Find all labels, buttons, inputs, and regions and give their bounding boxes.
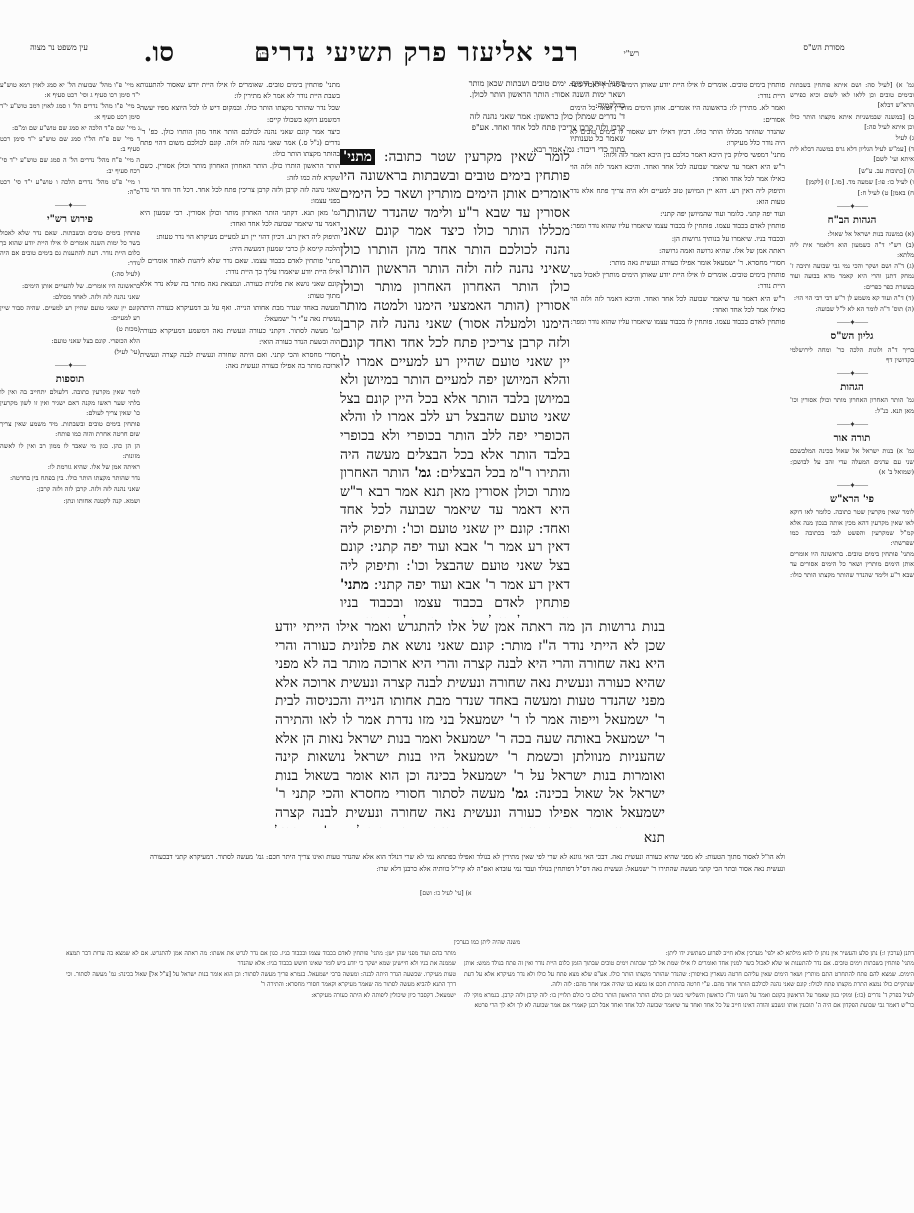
rosh-title: פי' הרא"ש	[790, 495, 914, 505]
mesoret-entry: גמ' א) [לעיל סה: ושם איתא פותחין בשבתות …	[790, 80, 914, 111]
ran-paragraph: ועוד יפה קתני. כלומר ועוד שהמיושן יפה קת…	[570, 209, 785, 220]
rosh-entry: לומר שאין מקרעין שטר כתובה. כלומר לאו דו…	[790, 507, 914, 548]
mesoret-entry: ג) לעיל	[790, 133, 914, 143]
rashi-entry: שאני נהנה לזה ולזה. לאחד מכולם:	[0, 292, 140, 302]
footer-paragraph: מותר בהם ועוד מפני שהן ישן: מתני' פותחין…	[66, 949, 456, 970]
footer-paragraph: לעיל בפרק ד' נדרים (כו:) ומוקי בגון שאמר…	[464, 991, 914, 1012]
ornament-divider-icon: ⸺✦⸺	[790, 420, 914, 430]
commentary-paragraph: הותר הראשון הותרו כולן. הותר האחרון האחר…	[140, 161, 340, 183]
rashi-entry: (עי' לעיל)	[0, 347, 140, 357]
ornament-divider-icon: ⸺✦⸺	[790, 481, 914, 491]
hagahot-habach-entry: (ב) רש"י ד"ה כשמעון הוא דלאמר אית ליה מל…	[790, 240, 914, 260]
tosafot-entry: פותחין בימים טובים ובשבתות. מיד משמע שאי…	[0, 419, 140, 439]
ein-mishpat-entry: ב מיי' פ"ו מהל' נדרים הל' ו סמג לאוין רמ…	[0, 101, 140, 121]
commentary-paragraph: שכל נדר שהותר מקצתו הותר כולו. ובמקום די…	[140, 103, 340, 125]
commentary-paragraph: הלכה קיימא לן כרבי שמעון דמעשה היה:	[140, 244, 340, 255]
tosafot-title: תוספות	[0, 375, 140, 385]
ornament-divider-icon: ⸺✦⸺	[790, 202, 914, 212]
mesoret-entry: ד) [עמ"ש לעיל הגליון דלא גרס במשנה דבלא …	[790, 144, 914, 164]
ornament-divider-icon: ⸺✦⸺	[0, 361, 140, 371]
ein-mishpat-label: עין משפט נר מצוה	[24, 44, 94, 52]
mesoret-entry: ו) לעיל כו: פו:] שמעה מד. [מו.] ז) [לקמן…	[790, 177, 914, 187]
mishna-text: פותחין בימים טובים ובשבתות בראשונה היו א…	[340, 168, 570, 482]
ran-paragraph: ותיפוק ליה דאין רע. דהא יין המיושן טוב ל…	[570, 186, 785, 208]
commentary-paragraph: ומעשה באחד שנדר מבת אחותו הנייה. ואף על …	[140, 303, 340, 325]
footer-columns: דתנן (ערכין ו:) נתן סלע והעשיר אין נותן …	[60, 949, 914, 1012]
mishna-marker: מתני'	[340, 149, 375, 165]
footer-column-right: דתנן (ערכין ו:) נתן סלע והעשיר אין נותן …	[464, 949, 914, 1012]
tosafot-entry: ראיתה אמן של אלו. שהיא גורמת לו:	[0, 462, 140, 472]
hagahot-title: הגהות	[790, 383, 914, 393]
gemara-top-text: מתני' אותן הימים. ימים טובים ושבתות שכאן…	[465, 78, 625, 155]
mishna-marker-2: מתני'	[340, 577, 369, 593]
rashi-entry: (לעיל סה:)	[0, 269, 140, 279]
rashi-title: פירוש רש"י	[0, 215, 140, 225]
hagahot-habach-entry: (ד) ד"ה ועוד קא משמע לן ר"ש רבי רבי הוי …	[790, 293, 914, 303]
rashi-entry: בראשונה היו אומרים. של להעויים אותן הימי…	[0, 281, 140, 291]
mesoret-hashas-label: מסורת הש"ס	[794, 44, 854, 52]
page-header: מסורת הש"ס רש"י רבי אליעזר פרק תשיעי נדר…	[0, 40, 914, 76]
rosh-entry: מתני' פותחין בימים טובים. בראשונה היו או…	[790, 549, 914, 580]
mishna-text-2: פותחין לאדם בכבוד עצמו ובכבוד בניו אומרי…	[340, 595, 570, 618]
ran-paragraph: ר"ש היא דאמר עד שיאמר שבועה לכל אחד ואחד…	[570, 162, 785, 184]
ein-mishpat-entry: ד מיי' שם פ"ח הל"ו סמג שם טוש"ע י"ד סימן…	[0, 134, 140, 154]
gemara-opening: לומר שאין מקרעין שטר כתובה:	[384, 149, 570, 165]
mesoret-hashas-section: גמ' א) [לעיל סה: ושם איתא פותחין בשבתות …	[790, 80, 914, 198]
ran-paragraph: ובכבוד בניו. שיאמרו על בנותיך גרושות הן:	[570, 234, 785, 245]
commentary-paragraph: חסורי מחסרא והכי קתני. ואם היתה שחורה ונ…	[140, 350, 340, 372]
ran-paragraph: ר"ש היא דאמר עד שיאמר שבועה לכל אחד ואחד…	[570, 294, 785, 316]
mesoret-entry: ב) [במשנה שבמשניות איתא מקצתו הותר כולו …	[790, 112, 914, 132]
rashi-entry: (מכות ט)	[0, 324, 140, 334]
gemara-text: הותר האחרון מותר וכולן אסורין מאן תנא אמ…	[340, 465, 570, 593]
rashi-entry: הלא הכופרי. קונם בצל שאני טועם:	[0, 336, 140, 346]
ran-label: ר"ן	[259, 52, 269, 60]
gemara-main-text: לומר שאין מקרעין שטר כתובה: מתני' פותחין…	[340, 148, 570, 618]
footer-column-left: מותר בהם ועוד מפני שהן ישן: מתני' פותחין…	[66, 949, 456, 1012]
rashi-label: רש"י	[624, 50, 639, 58]
commentary-paragraph: כיצד אמר קונם שאני נהנה לכולכם הותר אחד …	[140, 127, 340, 161]
hagahot-habach-title: הגהות הב"ח	[790, 216, 914, 226]
gemara-top-line: מתני' אותן הימים. ימים טובים ושבתות שכאן…	[465, 78, 625, 111]
tosafot-entry: לומר שאין מקרעין כתובה. דלעולם יתחייב בה…	[0, 387, 140, 418]
ran-paragraph: חסורי מחסרא. ר' ישמעאל אומר אפילו כעורה …	[570, 258, 785, 269]
ran-paragraph: פותחין לאדם בכבוד עצמו. פותחין לו בכבוד …	[570, 221, 785, 232]
footer-intro: משנה שהיה ליתן כמו בערכין	[60, 938, 914, 949]
gemara-top-line: ד' נדרים שמתלן כולן כראשון: אמר שאני נהנ…	[465, 111, 625, 144]
mesoret-entry: ח) באמן] ט) לעיל ח:]	[790, 188, 914, 198]
commentary-paragraph: מתני' פותחין לאדם בכבוד עצמו. שאם נדר של…	[140, 256, 340, 278]
footer-paragraph: ישמעאל. דקסבר כיון שיכולין ליפותה לא הית…	[66, 991, 456, 1002]
left-commentary-column: מתני' פותחין בימים טובים. שאומרים לו איל…	[140, 80, 340, 820]
mesoret-entry: ה) [כתובות עב. ע"ש]	[790, 166, 914, 176]
torah-or-entry: גמ' א) בנות ישראל אל שאול בכינה המלבשכם …	[790, 446, 914, 477]
ran-paragraph: ראתה אמן של אלו. שהיא גרושה ואמה גרושה:	[570, 246, 785, 257]
hagahot-habach-entry: (ג) ד"ה ושם ושקר והכי נמי גבי שבועה ותיב…	[790, 261, 914, 292]
ein-mishpat-entry: ג מיי' שם פ"ד הלכה יא סמג שם טוש"ע שם ומ…	[0, 123, 140, 133]
page-title: רבי אליעזר פרק תשיעי נדרים	[254, 40, 579, 67]
ornament-divider-icon: ⸺✦⸺	[0, 201, 140, 211]
gemara-marker-2: גמ'	[511, 786, 528, 802]
gemara-marker: גמ'	[414, 465, 431, 481]
ran-paragraph: פותחין בימים טובים. אומרים לו אילו היית …	[570, 270, 785, 292]
hagahot-habach-entry: (א) במשנה בנות ישראל אל שאול:	[790, 229, 914, 239]
gemara-end-word: תנא	[275, 830, 665, 846]
commentary-paragraph: גמ' מעשה לסתור. דקתני כעורה ונעשית נאה ד…	[140, 326, 340, 348]
commentary-paragraph: קונם שאני נושא את פלונית כעורה. ונמצאת נ…	[140, 279, 340, 301]
footer-paragraph: דתנן (ערכין ו:) נתן סלע והעשיר אין נותן …	[464, 949, 914, 960]
hagahot-habach-entry: (ה) תוס' ד"ה לומר הא לא ל"ל שבועה:	[790, 304, 914, 314]
ran-paragraph: פותחין לאדם בכבוד עצמו. פותחין לו בכבוד …	[570, 317, 785, 328]
tosafot-entry: נדר שהותר מקצתו הותר כולו. בין בפתח בין …	[0, 473, 140, 483]
ein-mishpat-entry: ו מיי' פ"ט מהל' נדרים הלכה ו טוש"ע י"ד ס…	[0, 177, 140, 197]
rashi-entry: פותחין בימים טובים ובשבתות. שאם נדר שלא …	[0, 228, 140, 269]
ornament-divider-icon: ⸺✦⸺	[790, 318, 914, 328]
rashi-entry: קונם יין שאני טועם שהיין רע למעיים. שהיה…	[0, 303, 140, 323]
footer-notes: משנה שהיה ליתן כמו בערכין דתנן (ערכין ו:…	[60, 938, 914, 1098]
commentary-paragraph: מתני' פותחין בימים טובים. שאומרים לו איל…	[140, 80, 340, 102]
commentary-paragraph: שאני נהנה לזה קרבן ולזה קרבן צריכין פתח …	[140, 185, 340, 207]
ein-mishpat-entry: ה מיי' פ"ח מהל' נדרים הל' ה סמג שם טוש"ע…	[0, 155, 140, 175]
hagahot-entry: גמ' הותר האחרון האחרון מותר וכולן אסורין…	[790, 395, 914, 415]
gilyon-entry: בריך ד"ה ולונות הלכה כר' ומחה לירושלמי ב…	[790, 345, 914, 365]
footer-paragraph: מתני' פותחין בשבתות וימים טובים. אם נדר …	[464, 959, 914, 991]
ornament-divider-icon: ⸺✦⸺	[790, 369, 914, 379]
torah-or-title: תורה אור	[790, 434, 914, 444]
footer-paragraph: טעות מעיקרו. שכשעה הנדר היתה לבנה: ומעשה…	[66, 970, 456, 991]
gilyon-hashas-title: גליון הש"ס	[790, 332, 914, 342]
tosafot-entry: שאני נהנה לזה ולזה. קרבן לזה ולזה קרבן:	[0, 484, 140, 494]
tosafot-entry: ושמא. קנה לקטנה אחותו ונתן:	[0, 496, 140, 506]
commentary-paragraph: גמ' מאן תנא. דקתני הותר האחרון מותר וכול…	[140, 208, 340, 230]
small-footnote: א) [עי' לעיל כו: ושם]	[420, 890, 471, 897]
ein-mishpat-entry: א מיי' פ"ו מהל' שבועות הל' יא סמג לאוין …	[0, 80, 140, 100]
tosafot-entry: הן הן כהן. כגון מי שאבד לו ממון רב ואין …	[0, 441, 140, 461]
daf-number: סו.	[144, 40, 175, 67]
commentary-paragraph: ותיפוק ליה דאין רע. דכיון דהוי יין רע למ…	[140, 232, 340, 243]
